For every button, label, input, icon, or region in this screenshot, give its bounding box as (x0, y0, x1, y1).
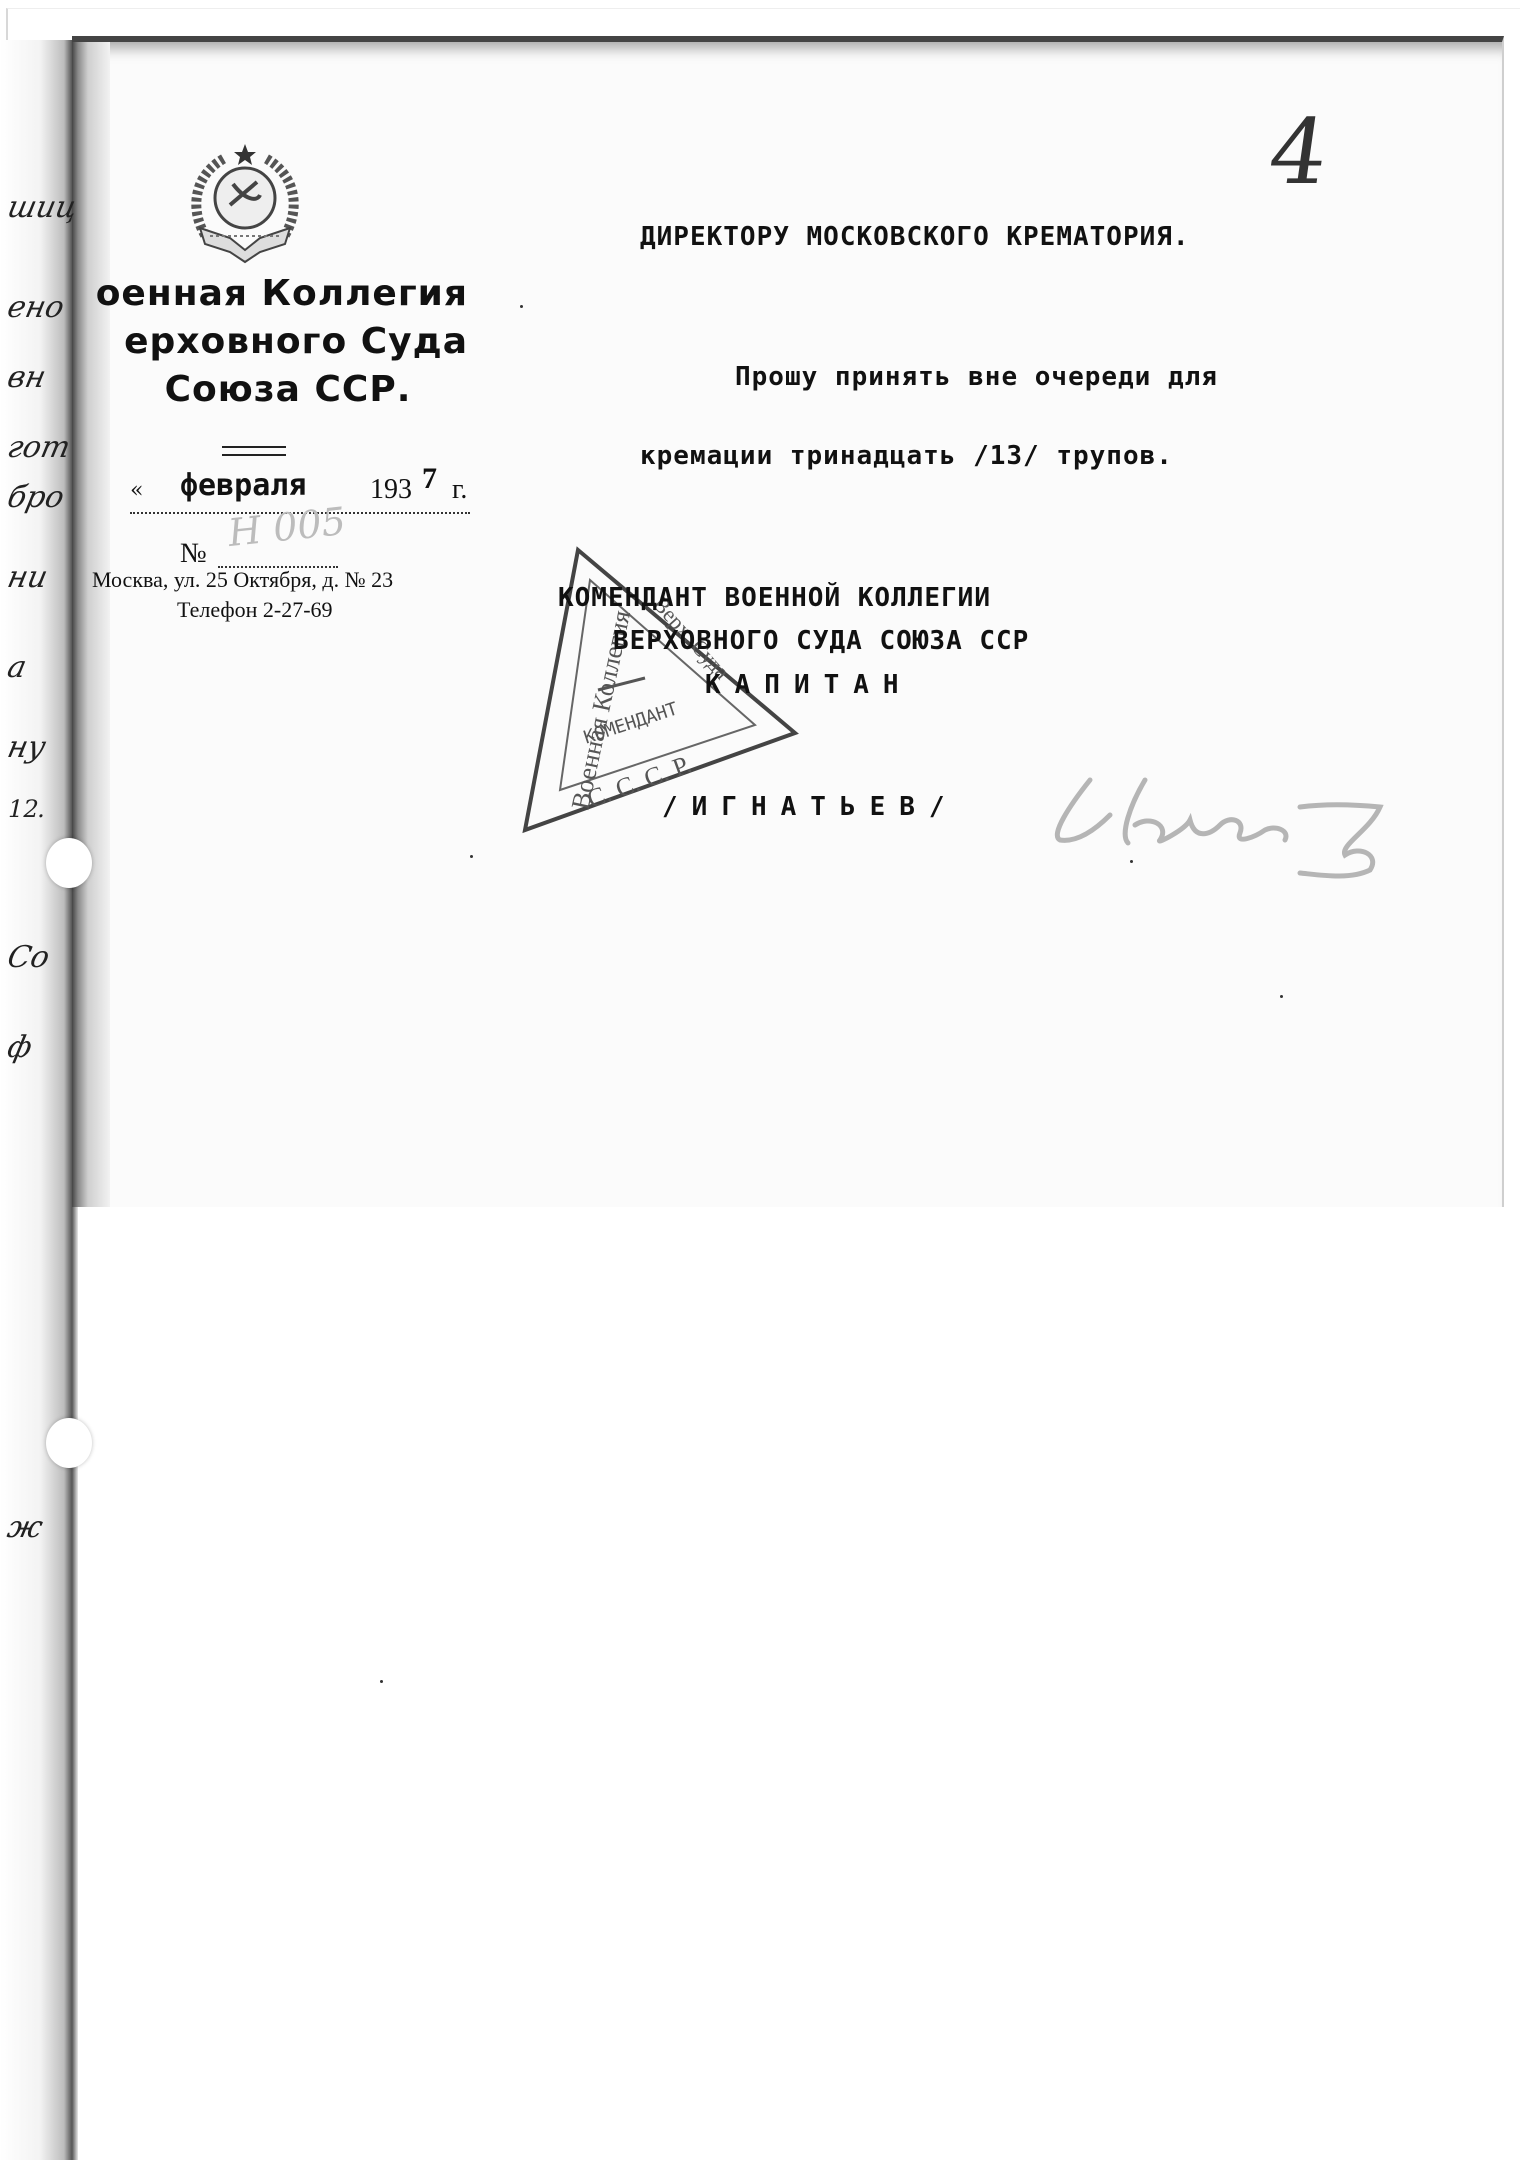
date-year-digit: 7 (422, 462, 437, 496)
margin-note: бро (4, 480, 67, 515)
signatory-name: /ИГНАТЬЕВ/ (662, 792, 959, 822)
body-line: кремации тринадцать /13/ трупов. (640, 441, 1173, 471)
margin-note: ено (4, 290, 67, 325)
handwritten-signature: Игнатьев (1040, 745, 1420, 885)
scan-speck (1280, 995, 1283, 998)
org-line-1: оенная Коллегия (88, 270, 468, 318)
margin-note: 12. (5, 795, 49, 823)
date-year: 193 (370, 474, 412, 506)
phone-line: Телефон 2-27-69 (92, 595, 452, 625)
margin-note: гот (4, 430, 73, 465)
signature-title-line: КОМЕНДАНТ ВОЕННОЙ КОЛЛЕГИИ (558, 583, 991, 613)
punch-hole (46, 1418, 92, 1468)
scan-speck (470, 855, 473, 858)
organization-name: оенная Коллегия ерховного Суда Союза ССР… (88, 270, 468, 414)
date-suffix: г. (452, 474, 467, 506)
signature-title-line: ВЕРХОВНОГО СУДА СОЮЗА ССР (613, 626, 1029, 656)
scan-speck (380, 1680, 383, 1683)
org-line-3: Союза ССР. (88, 366, 468, 414)
scan-speck (520, 305, 523, 308)
date-quote: « (130, 478, 143, 503)
margin-note: Со (4, 940, 52, 975)
date-month: февраля (180, 468, 306, 503)
address-block: Москва, ул. 25 Октября, д. № 23 Телефон … (92, 565, 452, 625)
signature-rank: КАПИТАН (705, 670, 913, 700)
punch-hole (46, 838, 92, 888)
org-line-2: ерховного Суда (88, 318, 468, 366)
body-line: Прошу принять вне очереди для (735, 362, 1218, 392)
margin-note: ни (4, 560, 51, 595)
scan-speck (1130, 860, 1133, 863)
margin-note: шиц (4, 190, 80, 225)
addressee: ДИРЕКТОРУ МОСКОВСКОГО КРЕМАТОРИЯ. (640, 222, 1190, 252)
margin-note: ну (4, 730, 49, 765)
state-emblem-icon (185, 140, 305, 265)
double-rule (222, 446, 286, 456)
binding-strip (0, 40, 78, 2160)
margin-note: вн (4, 360, 49, 395)
address-line: Москва, ул. 25 Октября, д. № 23 (92, 565, 452, 595)
